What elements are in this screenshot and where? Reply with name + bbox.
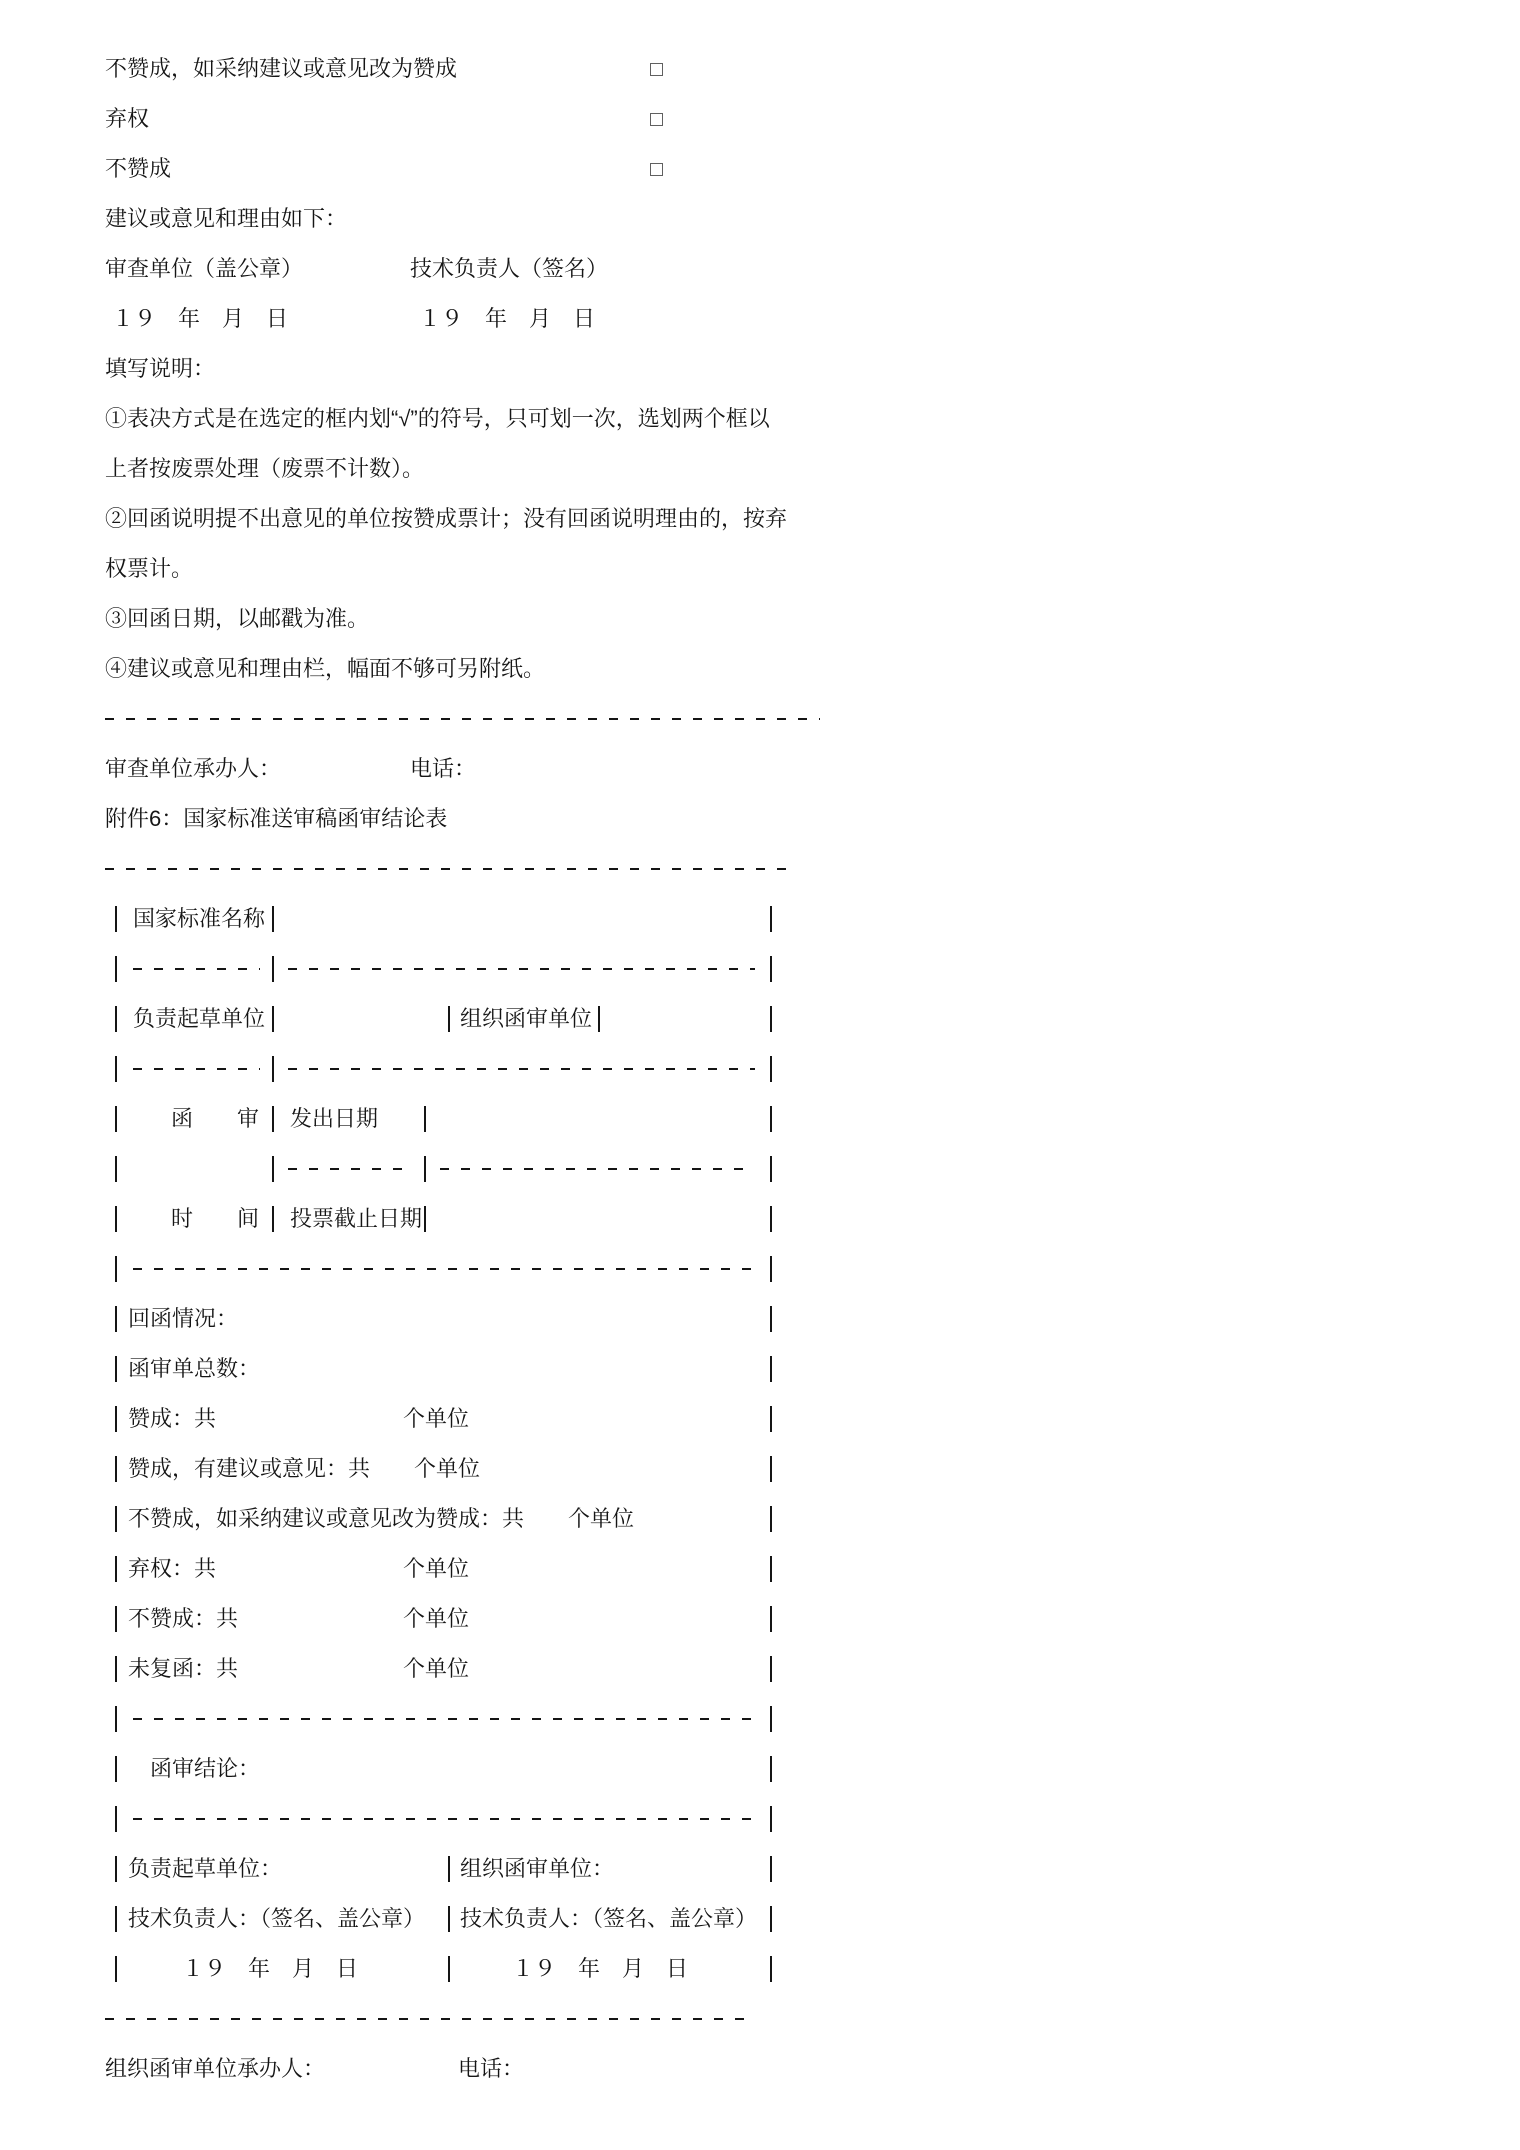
attachment-title-row: 附件6：国家标准送审稿函审结论表 bbox=[0, 794, 1520, 844]
table-border-bar bbox=[770, 1806, 772, 1832]
disapprove-count-label: 不赞成：共 bbox=[128, 1594, 238, 1644]
table-border-bar bbox=[115, 1056, 117, 1082]
review-time-label-bottom: 时 间 bbox=[171, 1194, 259, 1244]
abstain-count-label: 弃权：共 bbox=[128, 1544, 216, 1594]
tech-sign-seal-label-right: 技术负责人：（签名、盖公章） bbox=[460, 1894, 757, 1944]
table-row-vote-deadline: 时 间 投票截止日期 bbox=[0, 1194, 1520, 1244]
table-border-dashed bbox=[133, 1268, 755, 1270]
table-border-bar bbox=[770, 1856, 772, 1882]
table-border-bar bbox=[115, 1206, 117, 1232]
dashed-separator bbox=[105, 718, 820, 720]
organizing-unit-label: 组织函审单位 bbox=[460, 994, 592, 1044]
table-row-disapprove: 不赞成：共 个单位 bbox=[0, 1594, 1520, 1644]
table-row-tech-sign: 技术负责人：（签名、盖公章） 技术负责人：（签名、盖公章） bbox=[0, 1894, 1520, 1944]
date-row: １９ 年 月 日 １９ 年 月 日 bbox=[0, 294, 1520, 344]
note-1-line-2: 上者按废票处理（废票不计数）。 bbox=[105, 444, 424, 494]
table-border-dashed bbox=[288, 968, 755, 970]
tech-director-sign-label: 技术负责人（签名） bbox=[410, 244, 608, 294]
separator-row bbox=[0, 694, 1520, 744]
table-border-bar bbox=[770, 1106, 772, 1132]
table-border-bar bbox=[770, 1506, 772, 1532]
vote-option-row: 弃权 bbox=[0, 94, 1520, 144]
vote-option-disapprove-if-adopted-label: 不赞成，如采纳建议或意见改为赞成 bbox=[105, 44, 457, 94]
units-suffix: 个单位 bbox=[568, 1494, 634, 1544]
contact-row: 组织函审单位承办人： 电话： bbox=[0, 2044, 1520, 2094]
note-2-line-1: ②回函说明提不出意见的单位按赞成票计；没有回函说明理由的，按弃 bbox=[105, 494, 787, 544]
table-border-bar bbox=[770, 1056, 772, 1082]
table-row-std-name: 国家标准名称 bbox=[0, 894, 1520, 944]
table-border-bar bbox=[115, 1656, 117, 1682]
organizing-contact-label: 组织函审单位承办人： bbox=[105, 2044, 325, 2094]
table-border-bar bbox=[115, 1806, 117, 1832]
table-border-dashed bbox=[440, 1168, 755, 1170]
table-border-bar bbox=[272, 1206, 274, 1232]
table-border-bar bbox=[272, 906, 274, 932]
no-reply-count-label: 未复函：共 bbox=[128, 1644, 238, 1694]
table-row-abstain: 弃权：共 个单位 bbox=[0, 1544, 1520, 1594]
table-border-bar bbox=[115, 1506, 117, 1532]
text-line: 权票计。 bbox=[0, 544, 1520, 594]
table-border-bar bbox=[770, 956, 772, 982]
disapprove-if-adopted-label: 不赞成，如采纳建议或意见改为赞成：共 bbox=[128, 1494, 524, 1544]
table-border-bar bbox=[272, 1106, 274, 1132]
table-border-bar bbox=[115, 1306, 117, 1332]
table-row-divider bbox=[0, 1044, 1520, 1094]
issue-date-label: 发出日期 bbox=[290, 1094, 378, 1144]
contact-row: 审查单位承办人： 电话： bbox=[0, 744, 1520, 794]
table-border-bar bbox=[115, 1456, 117, 1482]
table-border-bar bbox=[770, 1706, 772, 1732]
reply-status-label: 回函情况： bbox=[128, 1294, 238, 1344]
note-3: ③回函日期，以邮戳为准。 bbox=[105, 594, 369, 644]
table-border-bar bbox=[770, 1256, 772, 1282]
table-border-bar bbox=[115, 1006, 117, 1032]
table-border-bar bbox=[272, 1056, 274, 1082]
table-border-bar bbox=[424, 1106, 426, 1132]
text-line: 建议或意见和理由如下： bbox=[0, 194, 1520, 244]
text-line: ③回函日期，以邮戳为准。 bbox=[0, 594, 1520, 644]
vote-checkbox-disapprove[interactable] bbox=[650, 163, 663, 176]
organizing-unit-colon-label: 组织函审单位： bbox=[460, 1844, 614, 1894]
units-suffix: 个单位 bbox=[403, 1594, 469, 1644]
table-border-bar bbox=[770, 1456, 772, 1482]
table-border-bar bbox=[115, 1956, 117, 1982]
table-border-dashed bbox=[133, 1068, 260, 1070]
review-unit-contact-label: 审查单位承办人： bbox=[105, 744, 281, 794]
table-border-bar bbox=[770, 1956, 772, 1982]
dashed-separator bbox=[105, 2018, 755, 2020]
table-border-bar bbox=[770, 1906, 772, 1932]
note-2-line-2: 权票计。 bbox=[105, 544, 193, 594]
table-border-bar bbox=[115, 1556, 117, 1582]
table-border-bar bbox=[598, 1006, 600, 1032]
phone-label: 电话： bbox=[410, 744, 476, 794]
table-border-bar bbox=[115, 1356, 117, 1382]
table-border-bar bbox=[115, 1906, 117, 1932]
table-border-bar bbox=[770, 1356, 772, 1382]
table-border-bar bbox=[424, 1206, 426, 1232]
units-suffix: 个单位 bbox=[403, 1394, 469, 1444]
vote-option-disapprove-label: 不赞成 bbox=[105, 144, 171, 194]
table-row-divider bbox=[0, 1694, 1520, 1744]
table-row-conclusion: 函审结论： bbox=[0, 1744, 1520, 1794]
table-border-bar bbox=[770, 1556, 772, 1582]
table-row-disapprove-if-adopted: 不赞成，如采纳建议或意见改为赞成：共 个单位 bbox=[0, 1494, 1520, 1544]
table-border-bar bbox=[115, 1106, 117, 1132]
vote-checkbox-disapprove-if-adopted[interactable] bbox=[650, 63, 663, 76]
review-time-label-top: 函 审 bbox=[171, 1094, 259, 1144]
table-row-no-reply: 未复函：共 个单位 bbox=[0, 1644, 1520, 1694]
drafting-unit-label: 负责起草单位 bbox=[133, 994, 265, 1044]
vote-option-abstain-label: 弃权 bbox=[105, 94, 149, 144]
table-row-approve: 赞成：共 个单位 bbox=[0, 1394, 1520, 1444]
signature-row: 审查单位（盖公章） 技术负责人（签名） bbox=[0, 244, 1520, 294]
date-blank-left: １９ 年 月 日 bbox=[182, 1944, 358, 1994]
vote-deadline-label: 投票截止日期 bbox=[290, 1194, 422, 1244]
text-line: ④建议或意见和理由栏，幅面不够可另附纸。 bbox=[0, 644, 1520, 694]
text-line: ②回函说明提不出意见的单位按赞成票计；没有回函说明理由的，按弃 bbox=[0, 494, 1520, 544]
text-line: 上者按废票处理（废票不计数）。 bbox=[0, 444, 1520, 494]
phone-label: 电话： bbox=[458, 2044, 524, 2094]
table-border-bar bbox=[115, 1156, 117, 1182]
table-border-dashed bbox=[133, 1818, 755, 1820]
table-border-bar bbox=[770, 1006, 772, 1032]
std-name-label: 国家标准名称 bbox=[133, 894, 265, 944]
separator-row bbox=[0, 844, 1520, 894]
table-border-bar bbox=[448, 1956, 450, 1982]
table-border-bar bbox=[770, 1156, 772, 1182]
table-border-bar bbox=[115, 1856, 117, 1882]
approve-with-comments-label: 赞成，有建议或意见：共 bbox=[128, 1444, 370, 1494]
tech-sign-seal-label-left: 技术负责人：（签名、盖公章） bbox=[128, 1894, 425, 1944]
total-count-label: 函审单总数： bbox=[128, 1344, 260, 1394]
units-suffix: 个单位 bbox=[403, 1544, 469, 1594]
table-border-bar bbox=[115, 906, 117, 932]
note-4: ④建议或意见和理由栏，幅面不够可另附纸。 bbox=[105, 644, 545, 694]
table-border-bar bbox=[770, 1606, 772, 1632]
table-border-dashed bbox=[133, 1718, 755, 1720]
table-row-units: 负责起草单位 组织函审单位 bbox=[0, 994, 1520, 1044]
approve-count-label: 赞成：共 bbox=[128, 1394, 216, 1444]
table-border-bar bbox=[272, 956, 274, 982]
table-row-divider bbox=[0, 1794, 1520, 1844]
table-border-bar bbox=[115, 1756, 117, 1782]
table-border-bar bbox=[115, 1256, 117, 1282]
table-border-bar bbox=[115, 1606, 117, 1632]
table-border-bar bbox=[424, 1156, 426, 1182]
table-border-bar bbox=[115, 1706, 117, 1732]
table-row-issue-date: 函 审 发出日期 bbox=[0, 1094, 1520, 1144]
text-line: ①表决方式是在选定的框内划“√”的符号，只可划一次，选划两个框以 bbox=[0, 394, 1520, 444]
vote-option-row: 不赞成，如采纳建议或意见改为赞成 bbox=[0, 44, 1520, 94]
suggestion-heading: 建议或意见和理由如下： bbox=[105, 194, 347, 244]
vote-option-row: 不赞成 bbox=[0, 144, 1520, 194]
vote-checkbox-abstain[interactable] bbox=[650, 113, 663, 126]
table-border-bar bbox=[770, 906, 772, 932]
table-row-dates: １９ 年 月 日 １９ 年 月 日 bbox=[0, 1944, 1520, 1994]
dashed-separator bbox=[105, 868, 790, 870]
conclusion-label: 函审结论： bbox=[150, 1744, 260, 1794]
note-1-line-1: ①表决方式是在选定的框内划“√”的符号，只可划一次，选划两个框以 bbox=[105, 394, 770, 444]
units-suffix: 个单位 bbox=[414, 1444, 480, 1494]
fill-instructions-heading: 填写说明： bbox=[105, 344, 215, 394]
table-border-bar bbox=[448, 1906, 450, 1932]
table-border-bar bbox=[272, 1006, 274, 1032]
table-border-bar bbox=[115, 956, 117, 982]
text-line: 填写说明： bbox=[0, 344, 1520, 394]
drafting-unit-colon-label: 负责起草单位： bbox=[128, 1844, 282, 1894]
table-border-bar bbox=[770, 1206, 772, 1232]
review-unit-seal-label: 审查单位（盖公章） bbox=[105, 244, 303, 294]
attachment-title: 附件6：国家标准送审稿函审结论表 bbox=[105, 794, 447, 844]
table-row-units-signoff: 负责起草单位： 组织函审单位： bbox=[0, 1844, 1520, 1894]
document-page: 不赞成，如采纳建议或意见改为赞成 弃权 不赞成 建议或意见和理由如下： 审查单位… bbox=[0, 44, 1520, 2094]
table-border-bar bbox=[770, 1306, 772, 1332]
separator-row bbox=[0, 1994, 1520, 2044]
units-suffix: 个单位 bbox=[403, 1644, 469, 1694]
table-row-divider bbox=[0, 1244, 1520, 1294]
date-blank-left: １９ 年 月 日 bbox=[112, 294, 288, 344]
table-row-reply-status: 回函情况： bbox=[0, 1294, 1520, 1344]
table-border-bar bbox=[770, 1656, 772, 1682]
table-row-divider bbox=[0, 944, 1520, 994]
table-row-total: 函审单总数： bbox=[0, 1344, 1520, 1394]
table-border-dashed bbox=[288, 1068, 755, 1070]
table-border-bar bbox=[770, 1756, 772, 1782]
table-border-bar bbox=[448, 1856, 450, 1882]
table-border-bar bbox=[272, 1156, 274, 1182]
table-border-dashed bbox=[288, 1168, 412, 1170]
table-border-bar bbox=[115, 1406, 117, 1432]
table-border-dashed bbox=[133, 968, 260, 970]
table-row-divider bbox=[0, 1144, 1520, 1194]
table-row-approve-with-comments: 赞成，有建议或意见：共 个单位 bbox=[0, 1444, 1520, 1494]
date-blank-right: １９ 年 月 日 bbox=[419, 294, 595, 344]
date-blank-right: １９ 年 月 日 bbox=[512, 1944, 688, 1994]
table-border-bar bbox=[770, 1406, 772, 1432]
table-border-bar bbox=[448, 1006, 450, 1032]
